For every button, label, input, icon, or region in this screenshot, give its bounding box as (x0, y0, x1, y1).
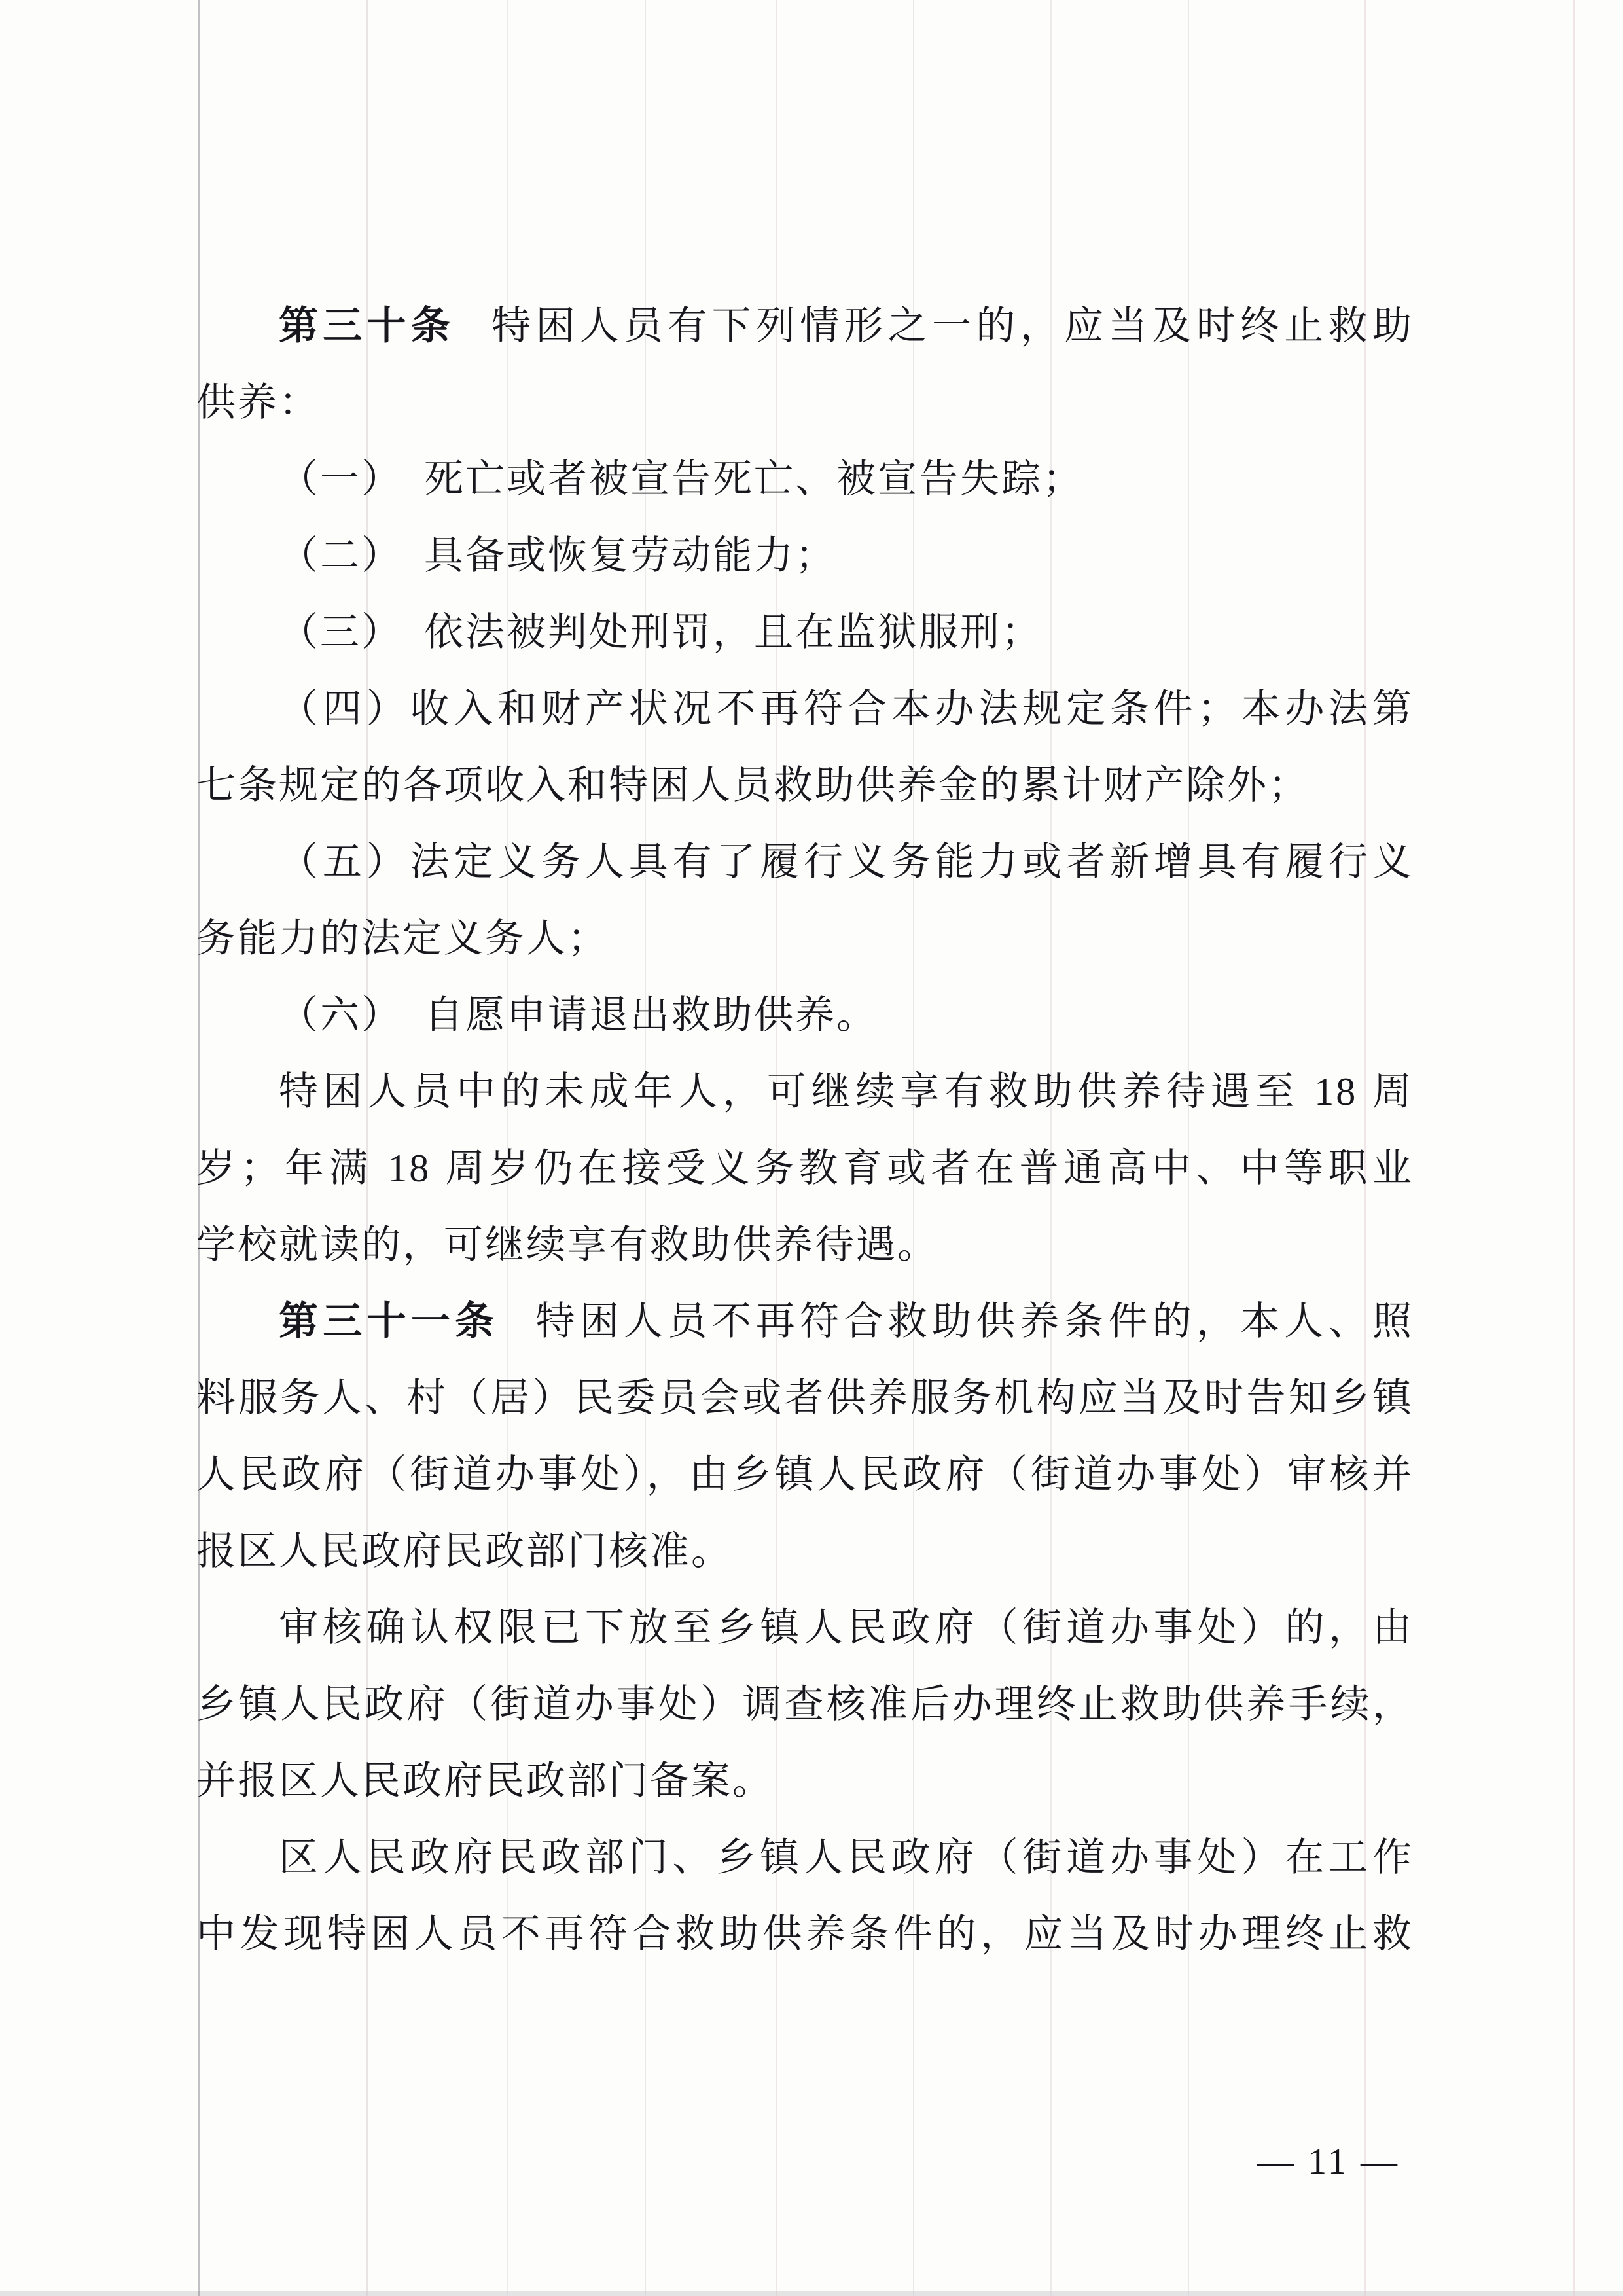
line-text: 区人民政府民政部门、乡镇人民政府（街道办事处）在工作 (279, 1836, 1414, 1879)
text-line: （六） 自愿申请退出救助供养。 (196, 977, 1414, 1054)
line-text: 中发现特困人员不再符合救助供养条件的，应当及时办理终止救 (196, 1912, 1414, 1956)
text-line: 岁；年满 18 周岁仍在接受义务教育或者在普通高中、中等职业 (196, 1130, 1414, 1207)
text-line: （一） 死亡或者被宣告死亡、被宣告失踪； (196, 441, 1414, 518)
line-text: 审核确认权限已下放至乡镇人民政府（街道办事处）的，由 (279, 1606, 1414, 1649)
article-number: 第三十条 (279, 304, 455, 348)
line-text: 乡镇人民政府（街道办事处）调查核准后办理终止救助供养手续， (196, 1683, 1414, 1726)
text-line: 料服务人、村（居）民委员会或者供养服务机构应当及时告知乡镇 (196, 1360, 1414, 1437)
text-line: 学校就读的，可继续享有救助供养待遇。 (196, 1207, 1414, 1283)
text-line: （四）收入和财产状况不再符合本办法规定条件；本办法第 (196, 671, 1414, 747)
article-number: 第三十一条 (279, 1300, 499, 1343)
text-line: 并报区人民政府民政部门备案。 (196, 1743, 1414, 1820)
page-number: — 11 — (1230, 2132, 1427, 2191)
line-text: 人民政府（街道办事处），由乡镇人民政府（街道办事处）审核并 (196, 1453, 1414, 1496)
text-line: 七条规定的各项收入和特困人员救助供养金的累计财产除外； (196, 747, 1414, 824)
text-line: 乡镇人民政府（街道办事处）调查核准后办理终止救助供养手续， (196, 1666, 1414, 1743)
document-body: 第三十条特困人员有下列情形之一的，应当及时终止救助 供养： （一） 死亡或者被宣… (196, 288, 1414, 1973)
text-line: 区人民政府民政部门、乡镇人民政府（街道办事处）在工作 (196, 1820, 1414, 1896)
line-text: 特困人员有下列情形之一的，应当及时终止救助 (491, 304, 1414, 348)
line-text: 岁；年满 18 周岁仍在接受义务教育或者在普通高中、中等职业 (196, 1147, 1414, 1190)
line-text: （二） 具备或恢复劳动能力； (279, 534, 836, 577)
document-page: 第三十条特困人员有下列情形之一的，应当及时终止救助 供养： （一） 死亡或者被宣… (0, 0, 1623, 2296)
text-line: 审核确认权限已下放至乡镇人民政府（街道办事处）的，由 (196, 1590, 1414, 1666)
line-text: 并报区人民政府民政部门备案。 (196, 1759, 774, 1803)
text-line: 第三十一条特困人员不再符合救助供养条件的，本人、照 (196, 1283, 1414, 1360)
text-line: 供养： (196, 365, 1414, 441)
text-line: 报区人民政府民政部门核准。 (196, 1513, 1414, 1590)
line-text: （五）法定义务人具有了履行义务能力或者新增具有履行义 (279, 840, 1414, 884)
line-text: 料服务人、村（居）民委员会或者供养服务机构应当及时告知乡镇 (196, 1376, 1414, 1420)
text-line: 中发现特困人员不再符合救助供养条件的，应当及时办理终止救 (196, 1896, 1414, 1973)
line-text: 报区人民政府民政部门核准。 (196, 1530, 732, 1573)
text-line: 人民政府（街道办事处），由乡镇人民政府（街道办事处）审核并 (196, 1437, 1414, 1513)
line-text: （一） 死亡或者被宣告死亡、被宣告失踪； (279, 457, 1084, 501)
line-text: （三） 依法被判处刑罚，且在监狱服刑； (279, 611, 1043, 654)
text-line: （五）法定义务人具有了履行义务能力或者新增具有履行义 (196, 824, 1414, 901)
line-text: 七条规定的各项收入和特困人员救助供养金的累计财产除外； (196, 764, 1310, 807)
line-text: （六） 自愿申请退出救助供养。 (279, 994, 878, 1037)
line-text: （四）收入和财产状况不再符合本办法规定条件；本办法第 (279, 687, 1414, 730)
line-text: 特困人员不再符合救助供养条件的，本人、照 (535, 1300, 1414, 1343)
text-line: （二） 具备或恢复劳动能力； (196, 518, 1414, 594)
line-text: 供养： (196, 381, 320, 424)
line-text: 学校就读的，可继续享有救助供养待遇。 (196, 1223, 938, 1266)
text-line: 务能力的法定义务人； (196, 901, 1414, 977)
line-text: 务能力的法定义务人； (196, 917, 609, 960)
text-line: 第三十条特困人员有下列情形之一的，应当及时终止救助 (196, 288, 1414, 365)
line-text: 特困人员中的未成年人，可继续享有救助供养待遇至 18 周 (279, 1070, 1414, 1113)
text-line: 特困人员中的未成年人，可继续享有救助供养待遇至 18 周 (196, 1054, 1414, 1130)
text-line: （三） 依法被判处刑罚，且在监狱服刑； (196, 594, 1414, 671)
